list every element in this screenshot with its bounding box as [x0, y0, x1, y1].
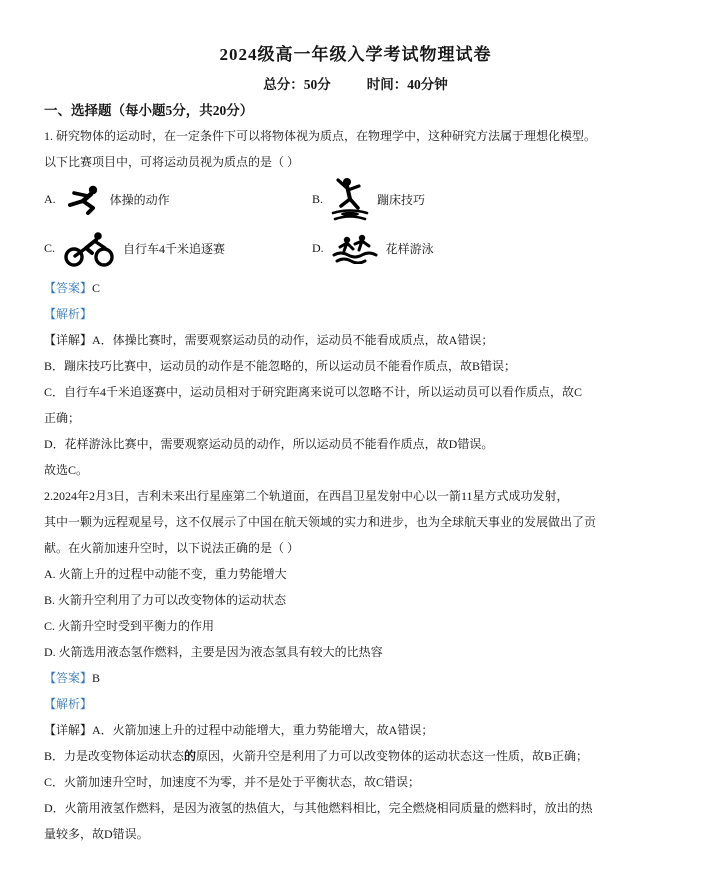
- option-a-text: 体操的动作: [110, 191, 170, 208]
- q1-options: A. 体操的动作 B.: [44, 177, 667, 271]
- q1-option-a: A. 体操的动作: [44, 177, 312, 222]
- option-b-letter: B.: [312, 177, 323, 222]
- q2-detail-line-2-pre: B．力是改变物体运动状态: [44, 749, 184, 763]
- page-title: 2024级高一年级入学考试物理试卷: [44, 40, 667, 65]
- time-limit: 时间：40分钟: [367, 77, 448, 92]
- q1-option-d: D. 花样游泳: [312, 226, 667, 271]
- option-d-letter: D.: [312, 226, 324, 271]
- q1-option-b: B. 蹦床技巧: [312, 177, 667, 222]
- section-heading: 一、选择题（每小题5分，共20分）: [44, 99, 667, 119]
- q2-detail-line-2: B．力是改变物体运动状态的原因，火箭升空是利用了力可以改变物体的运动状态这一性质…: [44, 743, 667, 769]
- q2-stem-line3: 献。在火箭加速升空时，以下说法正确的是（ ）: [44, 535, 667, 561]
- q1-option-c: C. 自行车4千米追逐赛: [44, 226, 312, 271]
- exam-document: 2024级高一年级入学考试物理试卷 总分：50分时间：40分钟 一、选择题（每小…: [0, 0, 701, 877]
- q1-analysis-line: 【解析】: [44, 301, 667, 327]
- option-d-text: 花样游泳: [386, 240, 434, 257]
- cycling-icon: [62, 231, 116, 267]
- q2-stem-line2: 其中一颗为远程观星号，这不仅展示了中国在航天领域的实力和进步，也为全球航天事业的…: [44, 509, 667, 535]
- total-score: 总分：50分: [263, 77, 331, 92]
- q2-detail-line-2-emphasis: 的: [184, 749, 196, 763]
- q1-detail-line-4: 正确；: [44, 405, 667, 431]
- swimming-icon: [331, 234, 379, 264]
- q2-detail-line-2-post: 原因，火箭升空是利用了力可以改变物体的运动状态这一性质，故B正确；: [196, 749, 588, 763]
- q1-detail-line-5: D．花样游泳比赛中，需要观察运动员的动作，所以运动员不能看作质点，故D错误。: [44, 431, 667, 457]
- q2-analysis-line: 【解析】: [44, 691, 667, 717]
- option-c-text: 自行车4千米追逐赛: [123, 240, 225, 257]
- analysis-label: 【解析】: [44, 307, 92, 321]
- analysis-label: 【解析】: [44, 697, 92, 711]
- q2-option-d: D. 火箭选用液态氢作燃料，主要是因为液态氢具有较大的比热容: [44, 639, 667, 665]
- q2-answer-value: B: [92, 671, 100, 685]
- q2-detail-line-5: 量较多，故D错误。: [44, 821, 667, 847]
- q1-stem-line1: 1. 研究物体的运动时，在一定条件下可以将物体视为质点，在物理学中，这种研究方法…: [44, 123, 667, 149]
- option-a-letter: A.: [44, 177, 56, 222]
- answer-label: 【答案】: [44, 671, 92, 685]
- q2-option-c: C. 火箭升空时受到平衡力的作用: [44, 613, 667, 639]
- answer-label: 【答案】: [44, 281, 92, 295]
- q2-detail-line-1: 【详解】A．火箭加速上升的过程中动能增大，重力势能增大，故A错误；: [44, 717, 667, 743]
- q1-answer-value: C: [92, 281, 100, 295]
- q1-conclusion: 故选C。: [44, 457, 667, 483]
- q2-option-a: A. 火箭上升的过程中动能不变，重力势能增大: [44, 561, 667, 587]
- q2-detail-line-3: C．火箭加速升空时，加速度不为零，并不是处于平衡状态，故C错误；: [44, 769, 667, 795]
- exam-meta: 总分：50分时间：40分钟: [44, 73, 667, 93]
- trampoline-icon: [330, 177, 370, 222]
- q1-detail-line-1: 【详解】A．体操比赛时，需要观察运动员的动作，运动员不能看成质点，故A错误；: [44, 327, 667, 353]
- q2-detail-line-4: D．火箭用液氢作燃料，是因为液氢的热值大，与其他燃料相比，完全燃烧相同质量的燃料…: [44, 795, 667, 821]
- q1-stem-line2: 以下比赛项目中，可将运动员视为质点的是（ ）: [44, 149, 667, 175]
- option-b-text: 蹦床技巧: [377, 191, 425, 208]
- q2-stem-line1: 2.2024年2月3日，吉利未来出行星座第二个轨道面，在西昌卫星发射中心以一箭1…: [44, 483, 667, 509]
- q1-answer-line: 【答案】C: [44, 275, 667, 301]
- option-c-letter: C.: [44, 226, 55, 271]
- q2-option-b: B. 火箭升空利用了力可以改变物体的运动状态: [44, 587, 667, 613]
- q2-answer-line: 【答案】B: [44, 665, 667, 691]
- q1-detail-line-2: B．蹦床技巧比赛中，运动员的动作是不能忽略的，所以运动员不能看作质点，故B错误；: [44, 353, 667, 379]
- gymnastics-icon: [63, 184, 103, 216]
- q1-detail-line-3: C．自行车4千米追逐赛中，运动员相对于研究距离来说可以忽略不计，所以运动员可以看…: [44, 379, 667, 405]
